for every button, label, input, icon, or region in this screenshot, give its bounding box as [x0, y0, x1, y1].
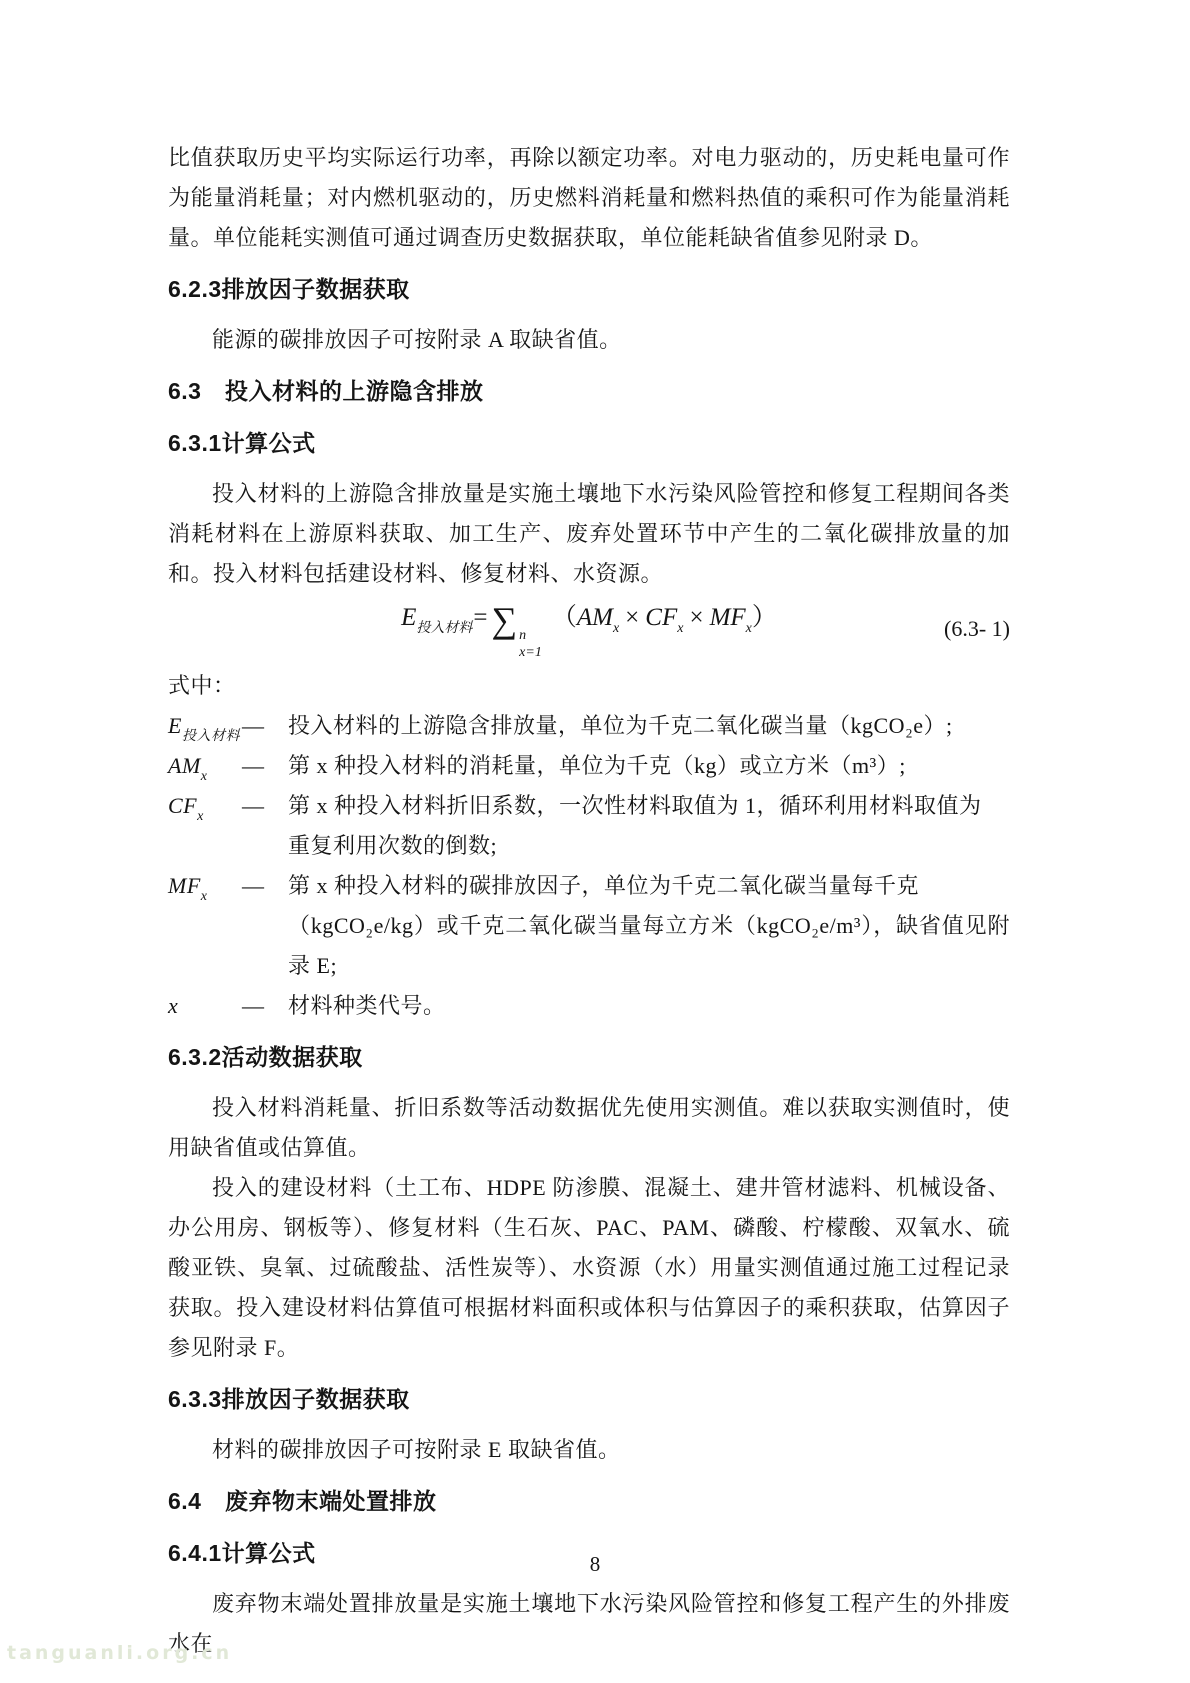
symbol-subscript: 投入材料	[182, 729, 240, 744]
term-mf: MF	[710, 604, 746, 631]
equation-expression: E投入材料=∑nx=1（AMx×CFx×MFx）	[401, 597, 777, 660]
definition-line: 重复利用次数的倒数;	[288, 826, 1010, 866]
term-am-subscript: x	[613, 621, 619, 636]
definition-row-x: x — 材料种类代号。	[168, 986, 1010, 1026]
heading-6-3-2: 6.3.2活动数据获取	[168, 1036, 1010, 1078]
definition-line: 第 x 种投入材料的碳排放因子，单位为千克二氧化碳当量每千克	[288, 866, 1010, 906]
page-number: 8	[0, 1552, 1190, 1577]
where-label: 式中：	[168, 666, 1010, 706]
symbol-subscript: x	[201, 889, 208, 904]
watermark: tanguanli.org.cn	[7, 1642, 232, 1664]
equation-6-3-1: E投入材料=∑nx=1（AMx×CFx×MFx） (6.3- 1)	[168, 600, 1010, 658]
document-content: 比值获取历史平均实际运行功率，再除以额定功率。对电力驱动的，历史耗电量可作为能量…	[168, 138, 1010, 1664]
symbol-cf: CFx	[168, 786, 242, 866]
open-paren: （	[552, 604, 577, 631]
symbol-am: AMx	[168, 746, 242, 786]
definition-text: 第 x 种投入材料的消耗量，单位为千克（kg）或立方米（m³）;	[288, 746, 1010, 786]
definition-row-cf: CFx — 第 x 种投入材料折旧系数，一次性材料取值为 1，循环利用材料取值为…	[168, 786, 1010, 866]
symbol-base: AM	[168, 753, 201, 778]
term-cf-subscript: x	[677, 621, 683, 636]
heading-6-2-3: 6.2.3排放因子数据获取	[168, 268, 1010, 310]
definition-dash: —	[242, 706, 288, 746]
definition-dash: —	[242, 866, 288, 986]
definition-dash: —	[242, 986, 288, 1026]
paragraph-6-3-2-a: 投入材料消耗量、折旧系数等活动数据优先使用实测值。难以获取实测值时，使用缺省值或…	[168, 1088, 1010, 1168]
symbol-subscript: x	[197, 809, 204, 824]
symbol-x: x	[168, 986, 242, 1026]
symbol-mf: MFx	[168, 866, 242, 986]
definition-text: 第 x 种投入材料的碳排放因子，单位为千克二氧化碳当量每千克（kgCO₂e/kg…	[288, 866, 1010, 986]
symbol-base: MF	[168, 873, 201, 898]
definition-dash: —	[242, 746, 288, 786]
heading-6-4: 6.4 废弃物末端处置排放	[168, 1480, 1010, 1522]
document-page: 比值获取历史平均实际运行功率，再除以额定功率。对电力驱动的，历史耗电量可作为能量…	[0, 0, 1190, 1683]
term-am: AM	[577, 604, 613, 631]
heading-6-3-1: 6.3.1计算公式	[168, 422, 1010, 464]
equals-sign: =	[473, 604, 487, 631]
times-sign: ×	[625, 604, 639, 631]
paragraph-6-3-2-b: 投入的建设材料（土工布、HDPE 防渗膜、混凝土、建井管材滤料、机械设备、办公用…	[168, 1168, 1010, 1368]
definition-line: （kgCO₂e/kg）或千克二氧化碳当量每立方米（kgCO₂e/m³），缺省值见…	[288, 906, 1010, 986]
definition-line: 投入材料的上游隐含排放量，单位为千克二氧化碳当量（kgCO₂e）;	[288, 706, 1010, 746]
symbol-subscript: x	[201, 769, 208, 784]
sigma-symbol: ∑	[491, 600, 517, 640]
paragraph-continuation: 比值获取历史平均实际运行功率，再除以额定功率。对电力驱动的，历史耗电量可作为能量…	[168, 138, 1010, 258]
paragraph-6-2-3: 能源的碳排放因子可按附录 A 取缺省值。	[168, 320, 1010, 360]
heading-6-3: 6.3 投入材料的上游隐含排放	[168, 370, 1010, 412]
definition-dash: —	[242, 786, 288, 866]
close-paren: ）	[752, 604, 777, 631]
symbol-base: CF	[168, 793, 197, 818]
symbol-e: E投入材料	[168, 706, 242, 746]
paragraph-6-3-3: 材料的碳排放因子可按附录 E 取缺省值。	[168, 1430, 1010, 1470]
times-sign: ×	[689, 604, 703, 631]
symbol-base: x	[168, 993, 178, 1018]
definition-text: 投入材料的上游隐含排放量，单位为千克二氧化碳当量（kgCO₂e）;	[288, 706, 1010, 746]
definition-row-am: AMx — 第 x 种投入材料的消耗量，单位为千克（kg）或立方米（m³）;	[168, 746, 1010, 786]
heading-6-3-3: 6.3.3排放因子数据获取	[168, 1378, 1010, 1420]
definition-text: 材料种类代号。	[288, 986, 1010, 1026]
paragraph-6-3-1: 投入材料的上游隐含排放量是实施土壤地下水污染风险管控和修复工程期间各类消耗材料在…	[168, 474, 1010, 594]
sigma-limits: nx=1	[519, 628, 542, 660]
definition-line: 第 x 种投入材料的消耗量，单位为千克（kg）或立方米（m³）;	[288, 746, 1010, 786]
definition-row-mf: MFx — 第 x 种投入材料的碳排放因子，单位为千克二氧化碳当量每千克（kgC…	[168, 866, 1010, 986]
symbol-base: E	[168, 713, 182, 738]
term-cf: CF	[645, 604, 677, 631]
paragraph-6-4-1: 废弃物末端处置排放量是实施土壤地下水污染风险管控和修复工程产生的外排废水在	[168, 1584, 1010, 1664]
definition-row-e: E投入材料 — 投入材料的上游隐含排放量，单位为千克二氧化碳当量（kgCO₂e）…	[168, 706, 1010, 746]
definition-text: 第 x 种投入材料折旧系数，一次性材料取值为 1，循环利用材料取值为重复利用次数…	[288, 786, 1010, 866]
equation-number: (6.3- 1)	[944, 616, 1010, 642]
definition-line: 第 x 种投入材料折旧系数，一次性材料取值为 1，循环利用材料取值为	[288, 786, 1010, 826]
definition-line: 材料种类代号。	[288, 986, 1010, 1026]
sigma-lower-limit: x=1	[519, 645, 542, 661]
equation-lhs-subscript: 投入材料	[416, 621, 472, 636]
symbol-definitions: E投入材料 — 投入材料的上游隐含排放量，单位为千克二氧化碳当量（kgCO₂e）…	[168, 706, 1010, 1026]
sigma-upper-limit: n	[519, 628, 526, 644]
equation-lhs-symbol: E	[401, 604, 416, 631]
